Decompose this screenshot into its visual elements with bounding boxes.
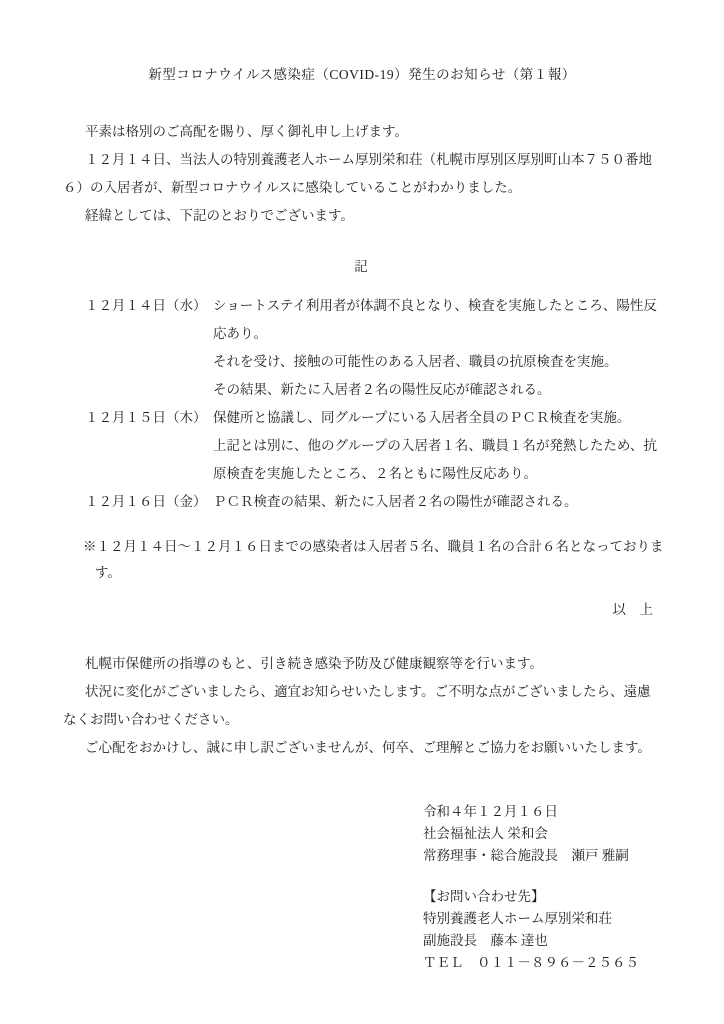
timeline-entry: １２月１４日（水） ショートステイ利用者が体調不良となり、検査を実施したところ、…: [85, 292, 663, 404]
greeting-paragraph: 平素は格別のご高配を賜り、厚く御礼申し上げます。: [63, 118, 666, 146]
closing-mark: 以 上: [63, 596, 653, 624]
timeline-description-line: ショートステイ利用者が体調不良となり、検査を実施したところ、陽性反応あり。: [213, 292, 663, 348]
closing-section: 札幌市保健所の指導のもと、引き続き感染予防及び健康観察等を行います。 状況に変化…: [63, 650, 655, 762]
timeline-description-line: その結果、新たに入居者２名の陽性反応が確認される。: [213, 376, 663, 404]
contact-facility: 特別養護老人ホーム厚別栄和荘: [423, 908, 639, 930]
timeline-description-line: 上記とは別に、他のグループの入居者１名、職員１名が発熱したため、抗原検査を実施し…: [213, 432, 663, 488]
signature-signer: 常務理事・総合施設長 瀬戸 雅嗣: [423, 845, 629, 867]
timeline-date: １２月１５日（木）: [85, 404, 213, 432]
document-title: 新型コロナウイルス感染症（COVID-19）発生のお知らせ（第１報）: [0, 61, 724, 89]
contact-heading: 【お問い合わせ先】: [423, 886, 639, 908]
contact-block: 【お問い合わせ先】 特別養護老人ホーム厚別栄和荘 副施設長 藤本 達也 ＴＥＬ …: [423, 886, 639, 974]
document-page: 新型コロナウイルス感染症（COVID-19）発生のお知らせ（第１報） 平素は格別…: [0, 0, 724, 1024]
timeline-description-line: 保健所と協議し、同グループにいる入居者全員のＰＣＲ検査を実施。: [213, 404, 663, 432]
timeline-description: 保健所と協議し、同グループにいる入居者全員のＰＣＲ検査を実施。 上記とは別に、他…: [213, 404, 663, 488]
timeline-description-line: ＰＣＲ検査の結果、新たに入居者２名の陽性が確認される。: [213, 488, 663, 516]
timeline-date: １２月１４日（水）: [85, 292, 213, 320]
timeline-description-line: それを受け、接触の可能性のある入居者、職員の抗原検査を実施。: [213, 348, 663, 376]
summary-note: ※１２月１４日～１２月１６日までの感染者は入居者５名、職員１名の合計６名となって…: [83, 534, 679, 586]
record-heading: 記: [0, 253, 724, 281]
announcement-paragraph: １２月１４日、当法人の特別養護老人ホーム厚別栄和荘（札幌市厚別区厚別町山本７５０…: [63, 146, 666, 202]
signature-organization: 社会福祉法人 栄和会: [423, 823, 629, 845]
closing-paragraph: ご心配をおかけし、誠に申し訳ございませんが、何卒、ご理解とご協力をお願いいたしま…: [63, 734, 655, 762]
timeline-date: １２月１６日（金）: [85, 488, 213, 516]
lead-in-paragraph: 経緯としては、下記のとおりでございます。: [63, 202, 666, 230]
contact-person: 副施設長 藤本 達也: [423, 930, 639, 952]
signature-block: 令和４年１２月１６日 社会福祉法人 栄和会 常務理事・総合施設長 瀬戸 雅嗣: [423, 801, 629, 867]
timeline-entry: １２月１５日（木） 保健所と協議し、同グループにいる入居者全員のＰＣＲ検査を実施…: [85, 404, 663, 488]
signature-date: 令和４年１２月１６日: [423, 801, 629, 823]
timeline-description: ショートステイ利用者が体調不良となり、検査を実施したところ、陽性反応あり。 それ…: [213, 292, 663, 404]
intro-section: 平素は格別のご高配を賜り、厚く御礼申し上げます。 １２月１４日、当法人の特別養護…: [63, 118, 666, 230]
closing-paragraph: 状況に変化がございましたら、適宜お知らせいたします。ご不明な点がございましたら、…: [63, 678, 655, 734]
timeline-description: ＰＣＲ検査の結果、新たに入居者２名の陽性が確認される。: [213, 488, 663, 516]
closing-paragraph: 札幌市保健所の指導のもと、引き続き感染予防及び健康観察等を行います。: [63, 650, 655, 678]
timeline-section: １２月１４日（水） ショートステイ利用者が体調不良となり、検査を実施したところ、…: [85, 292, 663, 516]
contact-tel: ＴＥＬ ０１１－８９６－２５６５: [423, 952, 639, 974]
timeline-entry: １２月１６日（金） ＰＣＲ検査の結果、新たに入居者２名の陽性が確認される。: [85, 488, 663, 516]
